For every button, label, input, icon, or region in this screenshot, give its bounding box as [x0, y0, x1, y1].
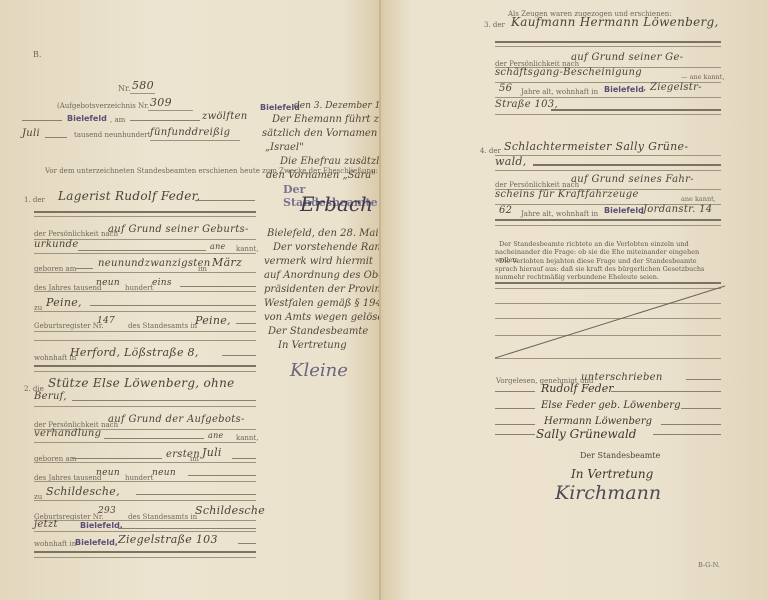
margin-note-1-line-5: den Vornamen „Sara" [266, 169, 376, 183]
witness-4-known: ane kannt, [681, 195, 716, 203]
margin-note-1-signature: Erbach [300, 192, 373, 216]
signature-1: Else Feder geb. Löwenberg [541, 400, 680, 411]
witness-3-identity-value-1: auf Grund seiner Ge- [571, 52, 683, 63]
section-letter: B. [33, 50, 41, 59]
witness-4-age-label: Jahre alt, wohnhaft in [521, 210, 598, 218]
bride-residence: Ziegelstraße 103 [118, 533, 218, 546]
margin-note-2-line-6: von Amts wegen gelöscht [264, 311, 393, 325]
left-page: B. Nr. 580 (Aufgebotsverzeichnis Nr. 309… [0, 0, 381, 600]
bride-registry-place: Schildesche [195, 504, 265, 517]
registrar-label: Der Standesbeamte [580, 451, 660, 460]
bride-identity-value-2: verhandlung [34, 428, 101, 439]
witness-4-residence-stamp: Bielefeld [604, 206, 644, 215]
signature-2: Hermann Löwenberg [544, 416, 652, 427]
thousand-label: tausend neunhundert [74, 131, 150, 139]
bride-registry-stamp: Bielefeld, [80, 521, 123, 530]
witness-3-name: Kaufmann Hermann Löwenberg, [511, 15, 719, 29]
margin-note-2-signature: Kleine [290, 360, 348, 381]
banns-register-label: (Aufgebotsverzeichnis Nr. [57, 102, 149, 110]
bride-year-hundred: neun [96, 468, 120, 478]
groom-known: ane [210, 242, 226, 251]
witness-4-residence: Jordanstr. 14 [643, 204, 712, 215]
witness-3-identity-value-2: schäftsgang-Bescheinigung [495, 67, 642, 78]
bride-name-cont: Beruf, [34, 391, 67, 402]
banns-register-number: 309 [150, 96, 172, 109]
signature-0: Rudolf Feder [541, 382, 613, 395]
margin-note-2-line-4: präsidenten der Provinz [264, 283, 386, 297]
bride-birth-register-number: 293 [98, 506, 116, 516]
groom-residence: Herford, Lößstraße 8, [70, 346, 199, 359]
margin-note-1-line-4: Die Ehefrau zusätzlich [280, 155, 395, 169]
margin-note-2-line-8: In Vertretung [278, 339, 347, 353]
groom-identity-value-1: auf Grund seiner Geburts- [108, 224, 249, 235]
bride-residence-stamp: Bielefeld, [75, 538, 118, 547]
witness-4-identity-value-1: auf Grund seines Fahr- [571, 174, 694, 185]
witness-3-age-label: Jahre alt, wohnhaft in [521, 88, 598, 96]
bride-known: ane [208, 431, 224, 440]
witness-3-age: 56 [499, 83, 512, 94]
witness-3-residence-stamp: Bielefeld [604, 85, 644, 94]
witness-4-name-2: wald, [495, 155, 527, 168]
bride-known-suffix: kannt, [236, 434, 258, 442]
place-stamp: Bielefeld [67, 114, 107, 123]
record-number: 580 [132, 79, 154, 92]
registrar-signature-2: Kirchmann [555, 482, 661, 504]
margin-note-2-line-2: vermerk wird hiermit [264, 255, 373, 269]
margin-note-1-line-3: „Israel" [265, 141, 304, 155]
groom-registry-label: des Standesamts in [128, 322, 197, 330]
groom-name: Lagerist Rudolf Feder, [58, 189, 200, 203]
date-day: zwölften [202, 111, 248, 122]
witness-3-residence-1: , Ziegelstr- [643, 82, 702, 93]
groom-birth-register-label: Geburtsregister Nr. [34, 322, 104, 330]
witness-4-identity-label: der Persönlichkeit nach [495, 181, 579, 189]
bride-year-value: neun [152, 468, 176, 478]
margin-note-2-line-7: Der Standesbeamte [268, 325, 368, 339]
witness-4-prefix: 4. der [480, 147, 501, 155]
record-number-label: Nr. [118, 84, 131, 93]
bride-residence-label: wohnhaft in [34, 540, 76, 548]
footer-code: B-G-N. [698, 561, 720, 569]
groom-prefix: 1. der [24, 196, 45, 204]
groom-identity-value-2: urkunde [34, 239, 79, 250]
ceremony-text-2: Die Verlobten bejahten diese Frage und d… [495, 257, 717, 281]
witness-3-residence-2: Straße 103, [495, 99, 558, 110]
signature-3: Sally Grünewald [536, 427, 636, 441]
bride-born-month: Juli [202, 446, 222, 459]
witness-3-known: — ane kannt, [681, 73, 724, 81]
date-year: fünfunddreißig [150, 127, 230, 138]
bride-identity-value-1: auf Grund der Aufgebots- [108, 414, 245, 425]
bride-registry-place-cont: jetzt [34, 519, 58, 530]
witness-3-prefix: 3. der [484, 21, 505, 29]
margin-note-1-line-1: Der Ehemann führt zu- [272, 113, 389, 127]
date-on-label: , am [110, 116, 125, 124]
groom-birth-register-number: 147 [97, 316, 115, 326]
groom-year-value: eins [152, 278, 172, 288]
date-month: Juli [22, 128, 40, 139]
groom-identity-label: der Persönlichkeit nach [34, 230, 118, 238]
groom-known-suffix: kannt, [236, 245, 258, 253]
witness-4-age: 62 [499, 205, 512, 216]
margin-note-2-line-1: Der vorstehende Rand- [273, 241, 391, 255]
groom-year-hundred: neun [96, 278, 120, 288]
groom-registry-place: Peine, [195, 314, 231, 327]
groom-born-month: März [212, 256, 242, 269]
witness-4-identity-value-2: scheins für Kraftfahrzeuge [495, 189, 639, 200]
right-page: Als Zeugen waren zugezogen und erschiene… [381, 0, 768, 600]
margin-note-1-line-2: sätzlich den Vornamen [262, 127, 377, 141]
registrar-signature-1: In Vertretung [571, 467, 653, 481]
witness-4-name-1: Schlachtermeister Sally Grüne- [504, 140, 688, 153]
strike-through-line [493, 284, 729, 362]
bride-name: Stütze Else Löwenberg, ohne [48, 376, 235, 390]
groom-born-day: neunundzwanzigsten [98, 258, 211, 269]
groom-birthplace: Peine, [46, 296, 82, 309]
bride-birthplace: Schildesche, [46, 485, 120, 498]
margin-note-2-line-3: auf Anordnung des Ober- [264, 269, 392, 283]
